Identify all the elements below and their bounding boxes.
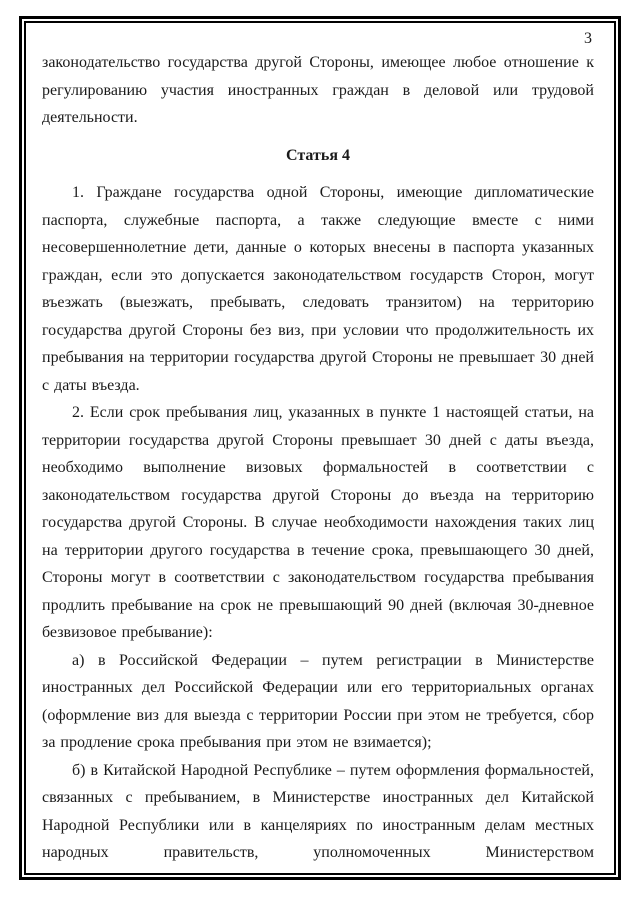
paragraph-clause-2: 2. Если срок пребывания лиц, указанных в… bbox=[42, 399, 594, 647]
scanned-document-page: 3 законодательство государства другой Ст… bbox=[0, 0, 640, 905]
paragraph-subclause-a: а) в Российской Федерации – путем регист… bbox=[42, 647, 594, 757]
page-number: 3 bbox=[42, 29, 592, 49]
paragraph-continuation: законодательство государства другой Стор… bbox=[42, 49, 594, 132]
article-heading: Статья 4 bbox=[42, 142, 594, 170]
paragraph-subclause-b: б) в Китайской Народной Республике – пут… bbox=[42, 757, 594, 867]
paragraph-clause-1: 1. Граждане государства одной Стороны, и… bbox=[42, 179, 594, 399]
page-border-outer: 3 законодательство государства другой Ст… bbox=[19, 16, 621, 880]
page-border-inner: 3 законодательство государства другой Ст… bbox=[24, 21, 616, 875]
